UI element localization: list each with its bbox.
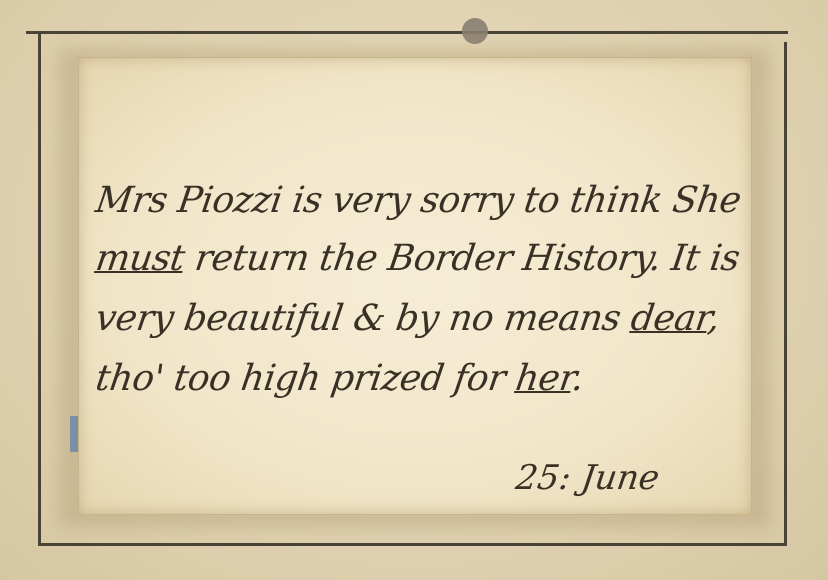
underlined-word: must [93,238,187,279]
line-text: return the Border History. It is [181,238,742,279]
card-line-1: Mrs Piozzi is very sorry to think She [93,180,743,221]
frame-left-line [38,31,41,546]
underlined-word: dear [628,298,711,339]
card-date: 25: June [513,458,662,498]
pin-mark [462,18,488,44]
frame-top-line [26,31,788,34]
frame-right-line [784,42,787,546]
card-line-4: tho' too high prized for her. [93,358,586,399]
blue-tab [70,416,78,452]
frame-bottom-line [38,543,787,546]
underlined-word: her [513,358,575,399]
card-line-2: must return the Border History. It is [93,238,742,279]
handwritten-card [78,57,752,515]
card-line-3: very beautiful & by no means dear, [93,298,722,339]
line-text: very beautiful & by no means [93,298,634,339]
line-text: Mrs Piozzi is very sorry to think She [93,180,743,221]
line-text: tho' too high prized for [93,358,519,399]
